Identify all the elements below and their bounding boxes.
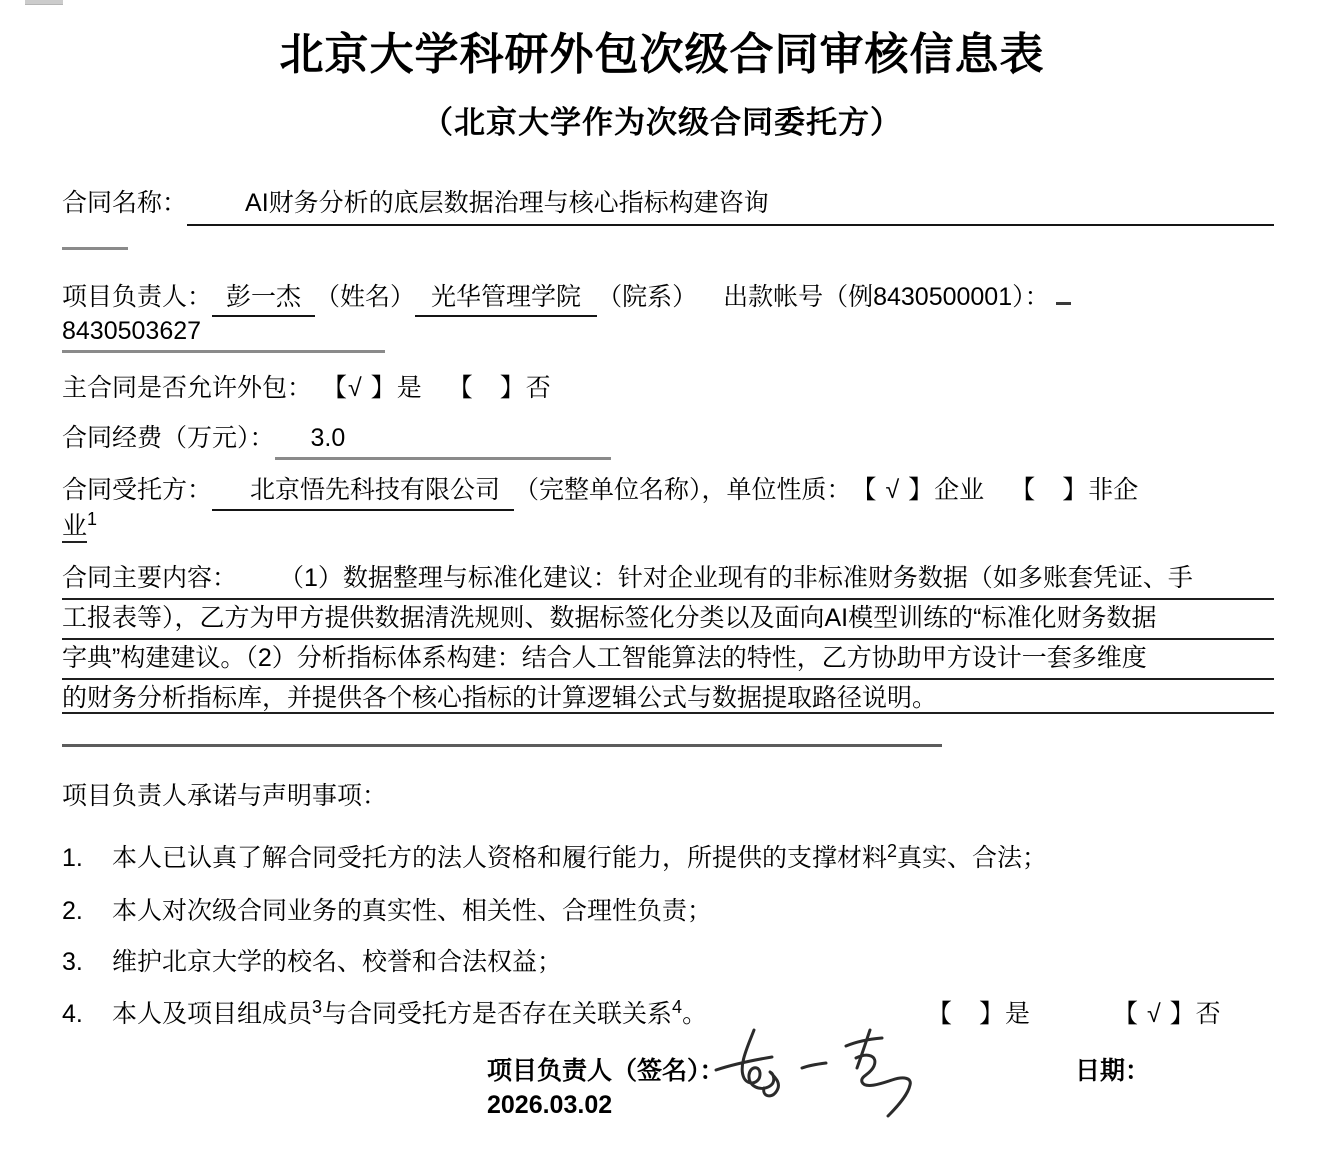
content-row-4: 的财务分析指标库，并提供各个核心指标的计算逻辑公式与数据提取路径说明。 [62,678,1274,714]
leader-label: 项目负责人： [62,277,212,313]
page-title: 北京大学科研外包次级合同审核信息表 [0,18,1324,82]
outsourcing-no-label: 否 [526,368,551,404]
page-subtitle: （北京大学作为次级合同委托方） [0,97,1324,142]
handwritten-signature [712,1022,937,1126]
content-line-4: 的财务分析指标库，并提供各个核心指标的计算逻辑公式与数据提取路径说明。 [62,684,937,712]
item-1-text-a: 本人已认真了解合同受托方的法人资格和履行能力，所提供的支撑材料 [112,844,887,872]
outsourcing-no-checkbox: 【 】 [448,368,526,404]
outsourcing-label: 主合同是否允许外包： [62,368,312,404]
footnote-mark-2: 2 [887,841,897,861]
section-divider-line [62,744,942,747]
declaration-item-3: 3. 维护北京大学的校名、校誉和合法权益； [62,942,1274,978]
contractor-label: 合同受托方： [62,470,212,506]
enterprise-checkbox: 【 √ 】 [852,470,935,506]
relation-yes-label: 是 [1005,1000,1030,1028]
non-enterprise-label-part1: 非企 [1088,470,1138,506]
item-text: 维护北京大学的校名、校誉和合法权益； [112,942,562,978]
footnote-mark-4: 4 [672,997,682,1017]
non-enterprise-checkbox: 【 】 [1010,470,1088,506]
signature-label: 项目负责人（签名）： [487,1051,725,1087]
item-text: 本人已认真了解合同受托方的法人资格和履行能力，所提供的支撑材料2真实、合法； [112,838,1047,874]
contract-name-label: 合同名称： [62,183,187,219]
contract-name-blank-line [62,247,128,250]
item-number: 3. [62,948,112,977]
item-text: 本人对次级合同业务的真实性、相关性、合理性负责； [112,891,712,927]
outsourcing-yes-label: 是 [397,368,422,404]
content-row-2: 工报表等），乙方为甲方提供数据清洗规则、数据标签化分类以及面向AI模型训练的“标… [62,598,1274,640]
content-line-2: 工报表等），乙方为甲方提供数据清洗规则、数据标签化分类以及面向AI模型训练的“标… [62,604,1156,632]
outsourcing-row: 主合同是否允许外包： 【√ 】 是 【 】 否 [62,368,1274,404]
declaration-heading: 项目负责人承诺与声明事项： [62,776,1274,812]
non-enterprise-label-part2: 业 [62,512,87,543]
account-label: 出款帐号（例8430500001）： [723,277,1050,313]
contract-name-row: 合同名称： AI财务分析的底层数据治理与核心指标构建咨询 [62,183,1274,226]
contractor-row: 合同受托方： 北京悟先科技有限公司 （完整单位名称），单位性质： 【 √ 】 企… [62,470,1274,511]
leader-dept-value: 光华管理学院 [415,277,597,317]
item-number: 1. [62,844,112,873]
contractor-wrap-row: 业1 [62,506,1274,542]
declaration-item-4: 4.本人及项目组成员3与合同受托方是否存在关联关系4。 【 】是 【 √ 】否 [62,994,1274,1030]
account-row: 8430503627 [62,317,1274,353]
item-number: 4. [62,1000,112,1029]
contractor-hint: （完整单位名称），单位性质： [514,470,852,506]
account-value: 8430503627 [62,317,385,353]
content-label: 合同主要内容： [62,558,237,594]
leader-name-value: 彭一杰 [212,277,315,317]
footnote-mark-3: 3 [312,997,322,1017]
footnote-mark-1: 1 [87,509,97,529]
declaration-item-1: 1. 本人已认真了解合同受托方的法人资格和履行能力，所提供的支撑材料2真实、合法… [62,838,1274,874]
enterprise-label: 企业 [934,470,984,506]
item-4-text-a: 本人及项目组成员 [112,1000,312,1028]
item-4-text-c: 。 [682,1000,707,1028]
relation-yes-checkbox: 【 】 [927,1000,1005,1028]
content-line-1: （1）数据整理与标准化建议：针对企业现有的非标准财务数据（如多账套凭证、手 [237,558,1274,599]
funding-value: 3.0 [275,424,611,460]
relation-no-group: 【 √ 】否 [1113,994,1221,1030]
outsourcing-yes-checkbox: 【√ 】 [322,368,397,404]
date-value: 2026.03.02 [487,1091,612,1120]
leader-row: 项目负责人： 彭一杰 （姓名） 光华管理学院 （院系） 出款帐号（例843050… [62,277,1274,317]
contractor-value: 北京悟先科技有限公司 [212,470,514,511]
item-4-text-b: 与合同受托方是否存在关联关系 [322,1000,672,1028]
funding-label: 合同经费（万元）： [62,418,275,454]
relation-no-checkbox: 【 √ 】 [1113,1000,1196,1028]
declaration-item-2: 2. 本人对次级合同业务的真实性、相关性、合理性负责； [62,891,1274,927]
item-1-text-b: 真实、合法； [897,844,1047,872]
item-number: 2. [62,897,112,926]
relation-no-label: 否 [1196,1000,1221,1028]
leader-dept-hint: （院系） [597,277,697,313]
content-row-3: 字典”构建建议。（2）分析指标体系构建：结合人工智能算法的特性，乙方协助甲方设计… [62,638,1274,680]
date-label: 日期： [1075,1051,1150,1087]
contract-name-value: AI财务分析的底层数据治理与核心指标构建咨询 [187,183,1274,226]
funding-row: 合同经费（万元）： 3.0 [62,418,1274,460]
account-blank-start [1056,280,1071,305]
content-line-3: 字典”构建建议。（2）分析指标体系构建：结合人工智能算法的特性，乙方协助甲方设计… [62,644,1147,672]
content-row-1: 合同主要内容： （1）数据整理与标准化建议：针对企业现有的非标准财务数据（如多账… [62,558,1274,600]
relation-yes-group: 【 】是 [927,994,1030,1030]
leader-name-hint: （姓名） [315,277,415,313]
scan-edge-artifact [25,0,63,5]
item-text: 本人及项目组成员3与合同受托方是否存在关联关系4。 [112,1000,707,1028]
